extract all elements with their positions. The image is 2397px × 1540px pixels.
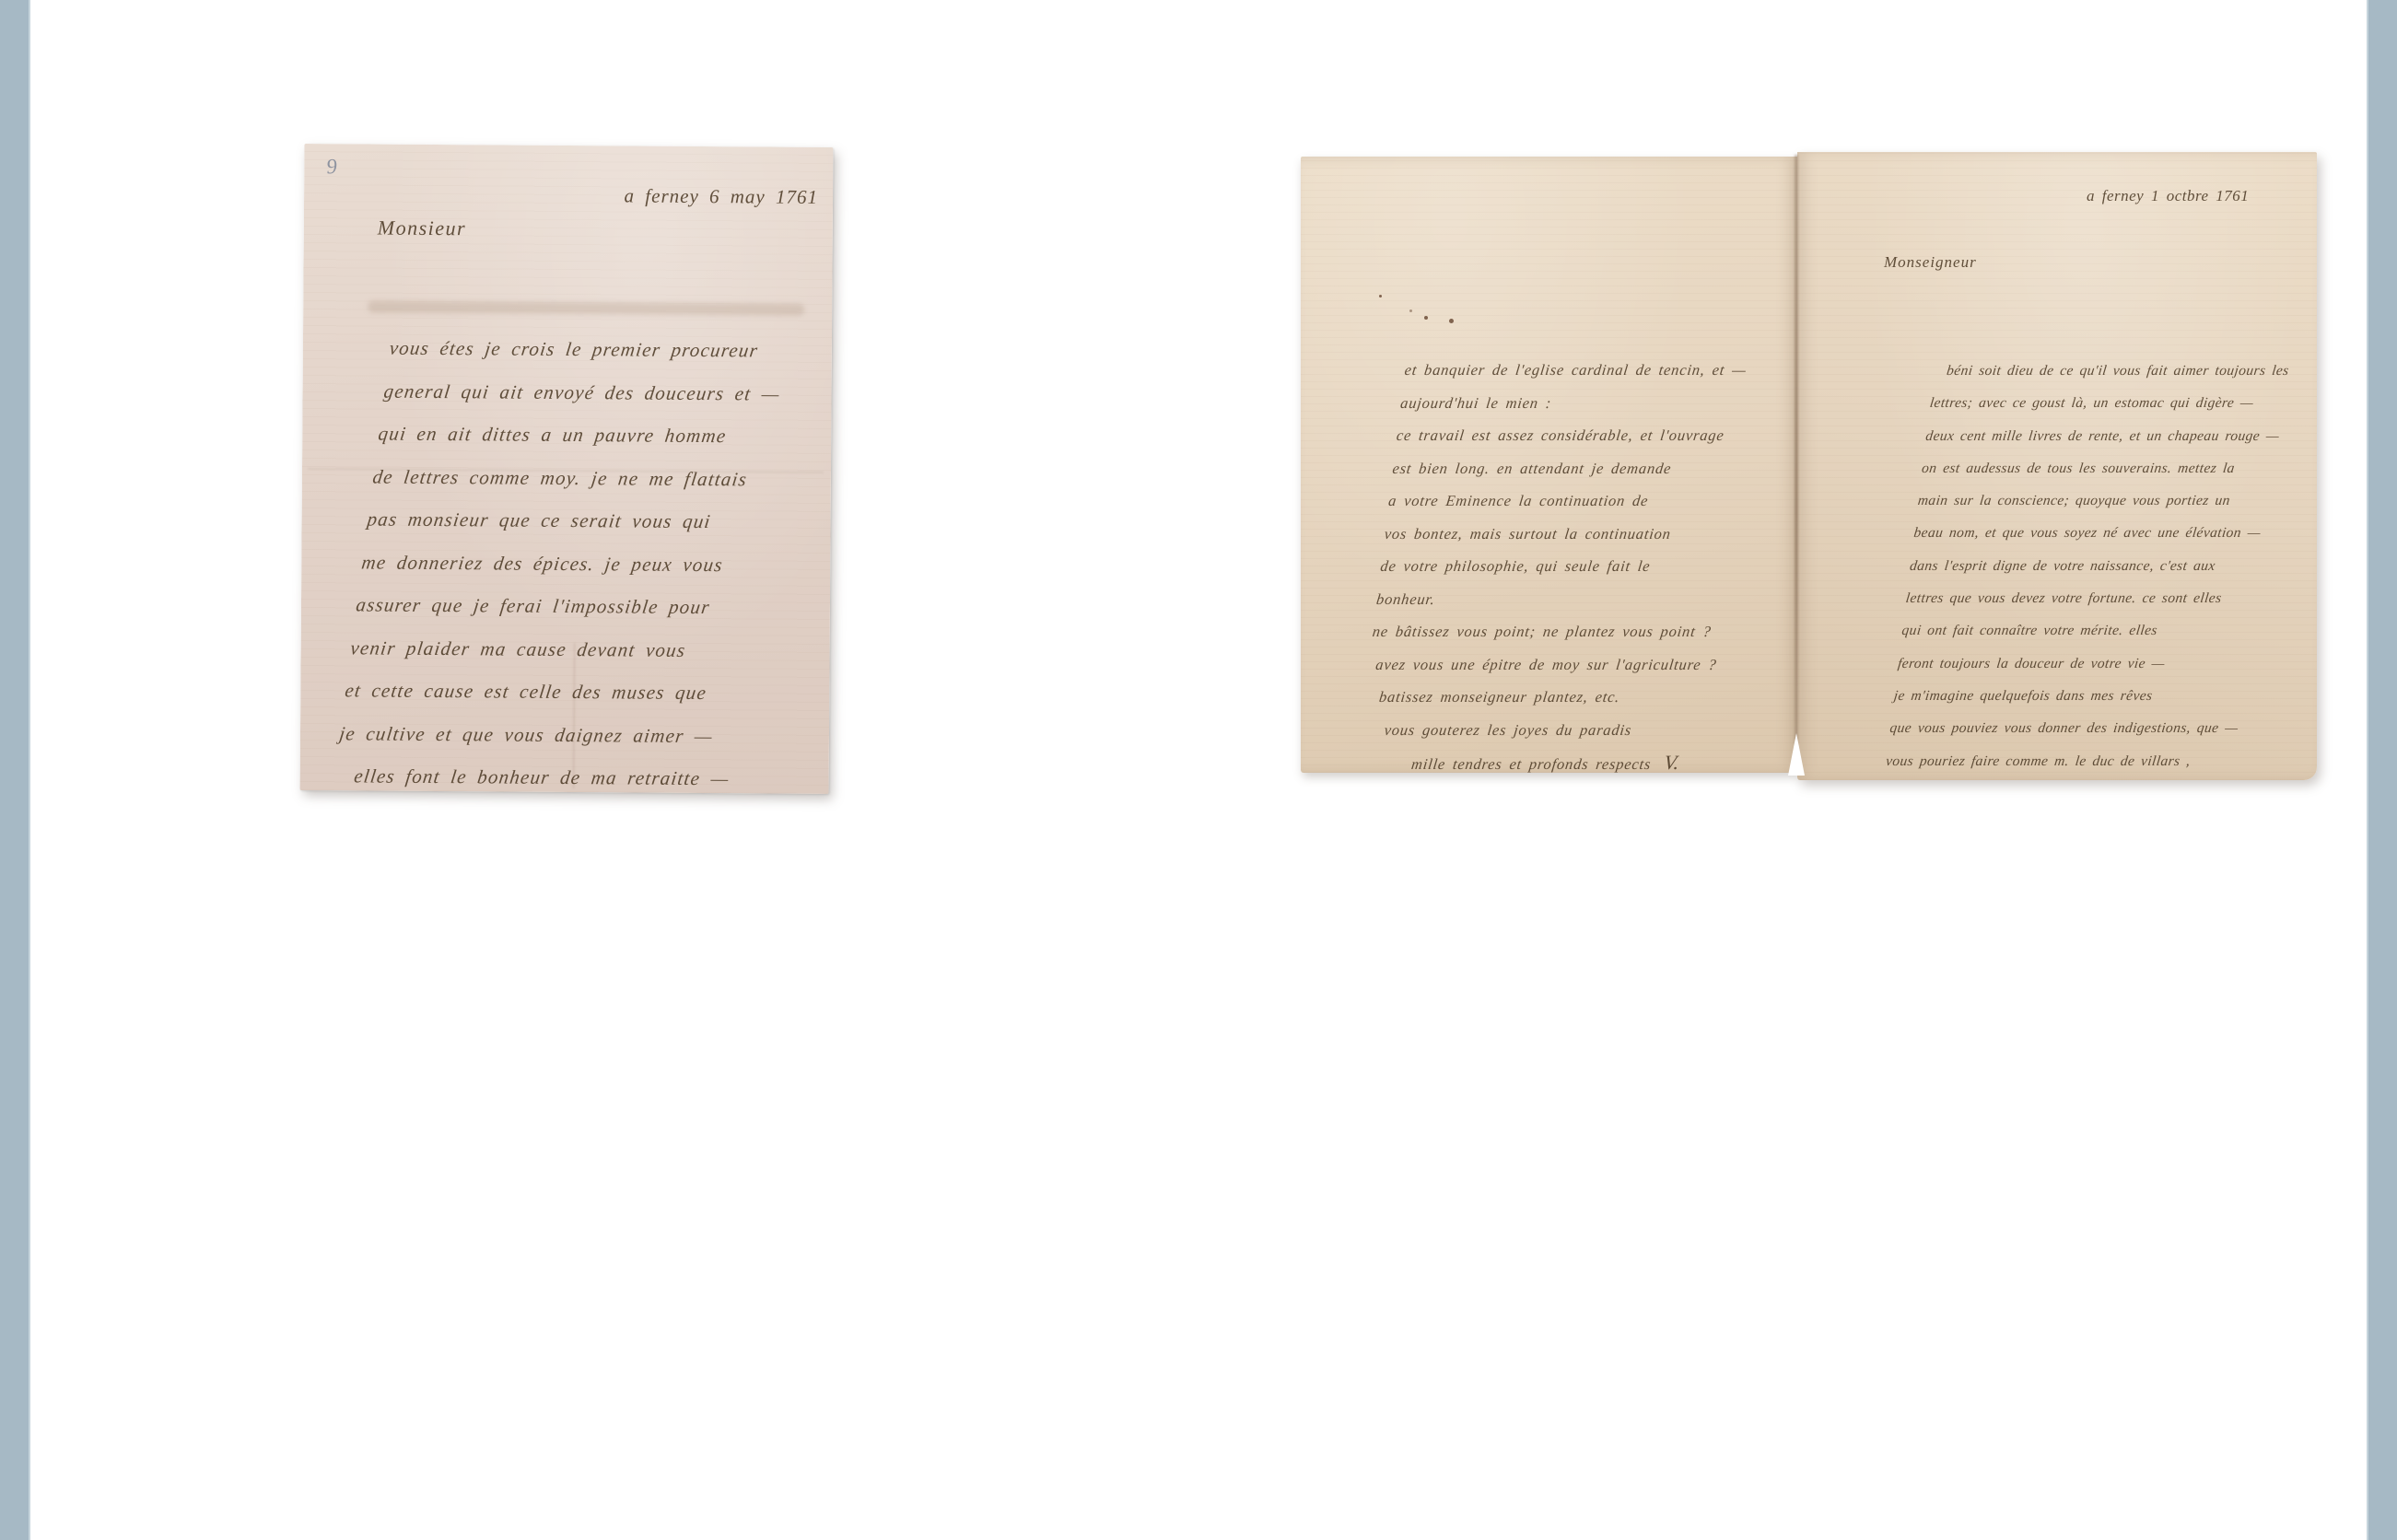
signature-flourish: V. — [1650, 751, 1680, 774]
left-margin-bar — [0, 0, 30, 1540]
foxing-speck — [1409, 309, 1412, 312]
spread-left-page: et banquier de l'eglise cardinal de tenc… — [1301, 157, 1797, 773]
letter-body: et banquier de l'eglise cardinal de tenc… — [1354, 354, 1755, 781]
handwritten-line: est bien long. en attendant je demande — [1390, 452, 1742, 485]
handwritten-line: venir plaider ma cause devant vous — [348, 626, 750, 671]
handwritten-line: elles font le bonheur de ma retraitte — — [332, 754, 733, 799]
foxing-speck — [1424, 316, 1428, 320]
foxing-speck — [1379, 295, 1382, 297]
handwritten-line: bonheur. — [1374, 583, 1726, 616]
foxing-speck — [1449, 319, 1454, 323]
handwritten-line: general qui ait envoyé des douceurs et — — [381, 369, 783, 414]
handwritten-line: beau nom, et que vous soyez né avec une … — [1912, 517, 2271, 549]
handwritten-line: qui en ait dittes a un pauvre homme — [376, 413, 778, 458]
handwritten-line: dans l'esprit digne de votre naissance, … — [1908, 550, 2267, 582]
spread-right-page: a ferney 1 octbre 1761 Monseigneur béni … — [1797, 152, 2317, 780]
closing-line: mille tendres et profonds respects — [1410, 755, 1652, 773]
handwritten-line: que vous pouviez vous donner des indiges… — [1888, 712, 2247, 744]
ink-show-through-band — [368, 300, 804, 315]
letter-body: béni soit dieu de ce qu'il vous fait aim… — [1884, 355, 2291, 777]
letter-salutation: Monsieur — [378, 216, 467, 241]
handwritten-line: lettres; avec ce goust là, un estomac qu… — [1928, 387, 2287, 419]
fold-separation-notch — [1788, 733, 1805, 776]
handwritten-line: et cette cause est celle des muses que — [343, 669, 744, 714]
handwritten-line: lettres que vous devez votre fortune. ce… — [1904, 582, 2263, 614]
handwritten-line: a votre Eminence la continuation de — [1386, 484, 1738, 518]
handwritten-line: qui ont fait connaître votre mérite. ell… — [1900, 614, 2259, 647]
handwritten-line: je m'imagine quelquefois dans mes rêves — [1892, 680, 2251, 712]
handwritten-line: batissez monseigneur plantez, etc. — [1362, 681, 1714, 714]
catalog-page: { "page": { "background_color": "#ffffff… — [0, 0, 2397, 1540]
handwritten-line: aujourd'hui le mien : — [1398, 387, 1750, 420]
handwritten-line: je cultive et que vous daignez aimer — — [337, 712, 739, 757]
handwritten-line: mille tendres et profonds respectsV. — [1354, 746, 1707, 781]
center-fold-crease — [1795, 155, 1798, 744]
handwritten-line: vous étes je crois le premier procureur — [387, 327, 789, 372]
handwritten-line: vous gouterez les joyes du paradis — [1359, 714, 1711, 747]
handwritten-line: ce travail est assez considérable, et l'… — [1395, 419, 1747, 452]
handwritten-line: me donneriez des épices. je peux vous — [359, 541, 761, 586]
handwritten-line: béni soit dieu de ce qu'il vous fait aim… — [1932, 355, 2291, 387]
handwritten-line: deux cent mille livres de rente, et un c… — [1923, 420, 2283, 452]
handwritten-line: on est audessus de tous les souverains. … — [1920, 452, 2279, 484]
handwritten-line: main sur la conscience; quoyque vous por… — [1916, 484, 2275, 517]
letter-salutation: Monseigneur — [1884, 253, 1977, 272]
handwritten-line: vous pouriez faire comme m. le duc de vi… — [1884, 745, 2243, 777]
letter-dateline: a ferney 6 may 1761 — [625, 184, 819, 208]
handwritten-line: assurer que je ferai l'impossible pour — [354, 583, 755, 628]
handwritten-line: pas monsieur que ce serait vous qui — [365, 498, 766, 543]
handwritten-line: ne bâtissez vous point; ne plantez vous … — [1371, 615, 1723, 648]
handwritten-line: de lettres comme moy. je ne me flattais — [370, 455, 772, 500]
pencil-folio-number: 9 — [325, 155, 337, 180]
handwritten-line: et banquier de l'eglise cardinal de tenc… — [1403, 354, 1755, 387]
handwritten-line: avez vous une épitre de moy sur l'agricu… — [1366, 648, 1718, 682]
right-margin-bar — [2367, 0, 2397, 1540]
single-letter-page: 9 a ferney 6 may 1761 Monsieur vous étes… — [300, 144, 834, 794]
letter-dateline: a ferney 1 octbre 1761 — [2087, 187, 2249, 205]
letter-body: vous étes je crois le premier procureur … — [332, 327, 789, 800]
handwritten-line: feront toujours la douceur de votre vie … — [1896, 647, 2255, 680]
handwritten-line: de votre philosophie, qui seule fait le — [1378, 550, 1730, 583]
handwritten-line: vos bontez, mais surtout la continuation — [1383, 518, 1735, 551]
